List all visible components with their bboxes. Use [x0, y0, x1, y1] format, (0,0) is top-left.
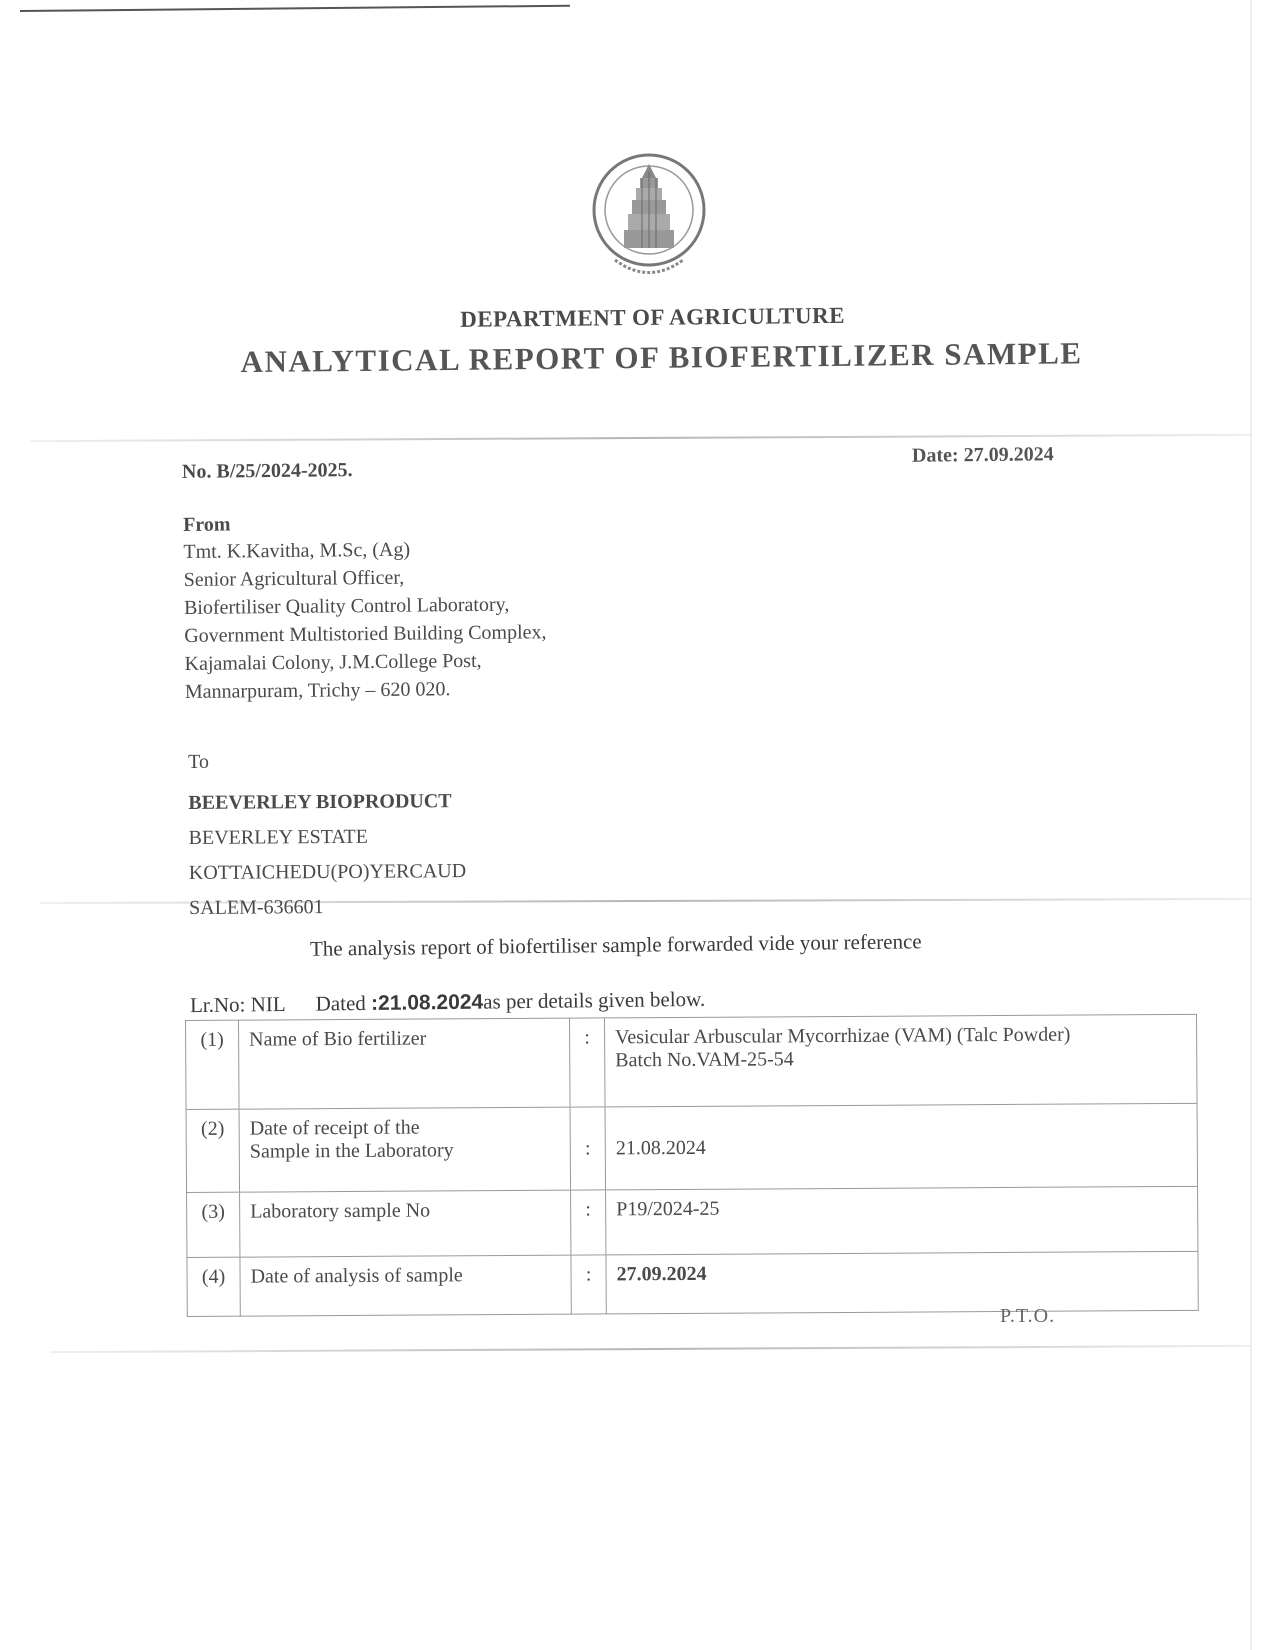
dated-suffix: as per details given below. [483, 987, 705, 1014]
table-row: (1) Name of Bio fertilizer : Vesicular A… [186, 1014, 1198, 1109]
lr-number: Lr.No: NIL [190, 992, 286, 1017]
row-colon: : [570, 1107, 606, 1190]
sample-details-table: (1) Name of Bio fertilizer : Vesicular A… [185, 1014, 1199, 1317]
sender-address: From Tmt. K.Kavitha, M.Sc, (Ag) Senior A… [183, 508, 547, 706]
row-label-line: Date of receipt of the [250, 1116, 560, 1141]
letter-reference-line: Lr.No: NILDated :21.08.2024as per detail… [190, 987, 705, 1018]
department-title: DEPARTMENT OF AGRICULTURE [460, 303, 845, 333]
recipient-line: KOTTAICHEDU(PO)YERCAUD [189, 854, 467, 891]
sender-line: Kajamalai Colony, J.M.College Post, [184, 646, 546, 678]
recipient-company: BEEVERLEY BIOPRODUCT [188, 784, 466, 821]
sender-line: Tmt. K.Kavitha, M.Sc, (Ag) [183, 534, 545, 566]
top-scan-rule [20, 5, 570, 12]
row-colon: : [571, 1190, 606, 1255]
row-label: Laboratory sample No [240, 1190, 571, 1257]
dated-label: Dated [316, 991, 372, 1016]
page-edge [1250, 0, 1252, 1650]
biofertilizer-name: Vesicular Arbuscular Mycorrhizae (VAM) (… [615, 1023, 1186, 1049]
state-emblem-icon [590, 150, 708, 285]
row-label-line: Sample in the Laboratory [250, 1139, 560, 1164]
row-colon: : [571, 1255, 606, 1314]
please-turn-over-note: P.T.O. [1000, 1305, 1055, 1328]
sender-line: Senior Agricultural Officer, [184, 562, 546, 594]
row-number: (2) [186, 1109, 240, 1192]
intro-paragraph: The analysis report of biofertiliser sam… [310, 929, 922, 961]
recipient-address: To BEEVERLEY BIOPRODUCT BEVERLEY ESTATE … [188, 746, 467, 926]
sender-line: Biofertiliser Quality Control Laboratory… [184, 590, 546, 622]
sender-line: Mannarpuram, Trichy – 620 020. [185, 674, 547, 706]
from-label: From [183, 508, 545, 538]
row-label: Name of Bio fertilizer [239, 1018, 571, 1109]
recipient-line: BEVERLEY ESTATE [189, 819, 467, 856]
table-row: (2) Date of receipt of the Sample in the… [186, 1103, 1197, 1192]
analysis-date: 27.09.2024 [606, 1251, 1198, 1314]
row-colon: : [569, 1018, 605, 1107]
reference-date: Date: 27.09.2024 [912, 443, 1054, 467]
recipient-line: SALEM-636601 [189, 889, 467, 926]
dated-value: :21.08.2024 [371, 991, 483, 1015]
row-value: Vesicular Arbuscular Mycorrhizae (VAM) (… [604, 1014, 1197, 1107]
sender-line: Government Multistoried Building Complex… [184, 618, 546, 650]
row-number: (3) [187, 1192, 240, 1257]
report-title: ANALYTICAL REPORT OF BIOFERTILIZER SAMPL… [240, 335, 1082, 380]
reference-number: No. B/25/2024-2025. [182, 459, 353, 484]
row-number: (1) [186, 1020, 240, 1109]
table-row: (3) Laboratory sample No : P19/2024-25 [187, 1186, 1198, 1257]
to-label: To [188, 746, 465, 776]
paper-fold-line [50, 1345, 1250, 1353]
lab-sample-number: P19/2024-25 [606, 1186, 1198, 1255]
row-label: Date of receipt of the Sample in the Lab… [239, 1107, 571, 1192]
receipt-date: 21.08.2024 [605, 1103, 1197, 1190]
row-label: Date of analysis of sample [240, 1255, 571, 1316]
paper-fold-line [30, 434, 1250, 442]
row-number: (4) [187, 1257, 240, 1316]
batch-number: Batch No.VAM-25-54 [615, 1046, 1186, 1072]
document-header: DEPARTMENT OF AGRICULTURE ANALYTICAL REP… [0, 298, 1273, 311]
